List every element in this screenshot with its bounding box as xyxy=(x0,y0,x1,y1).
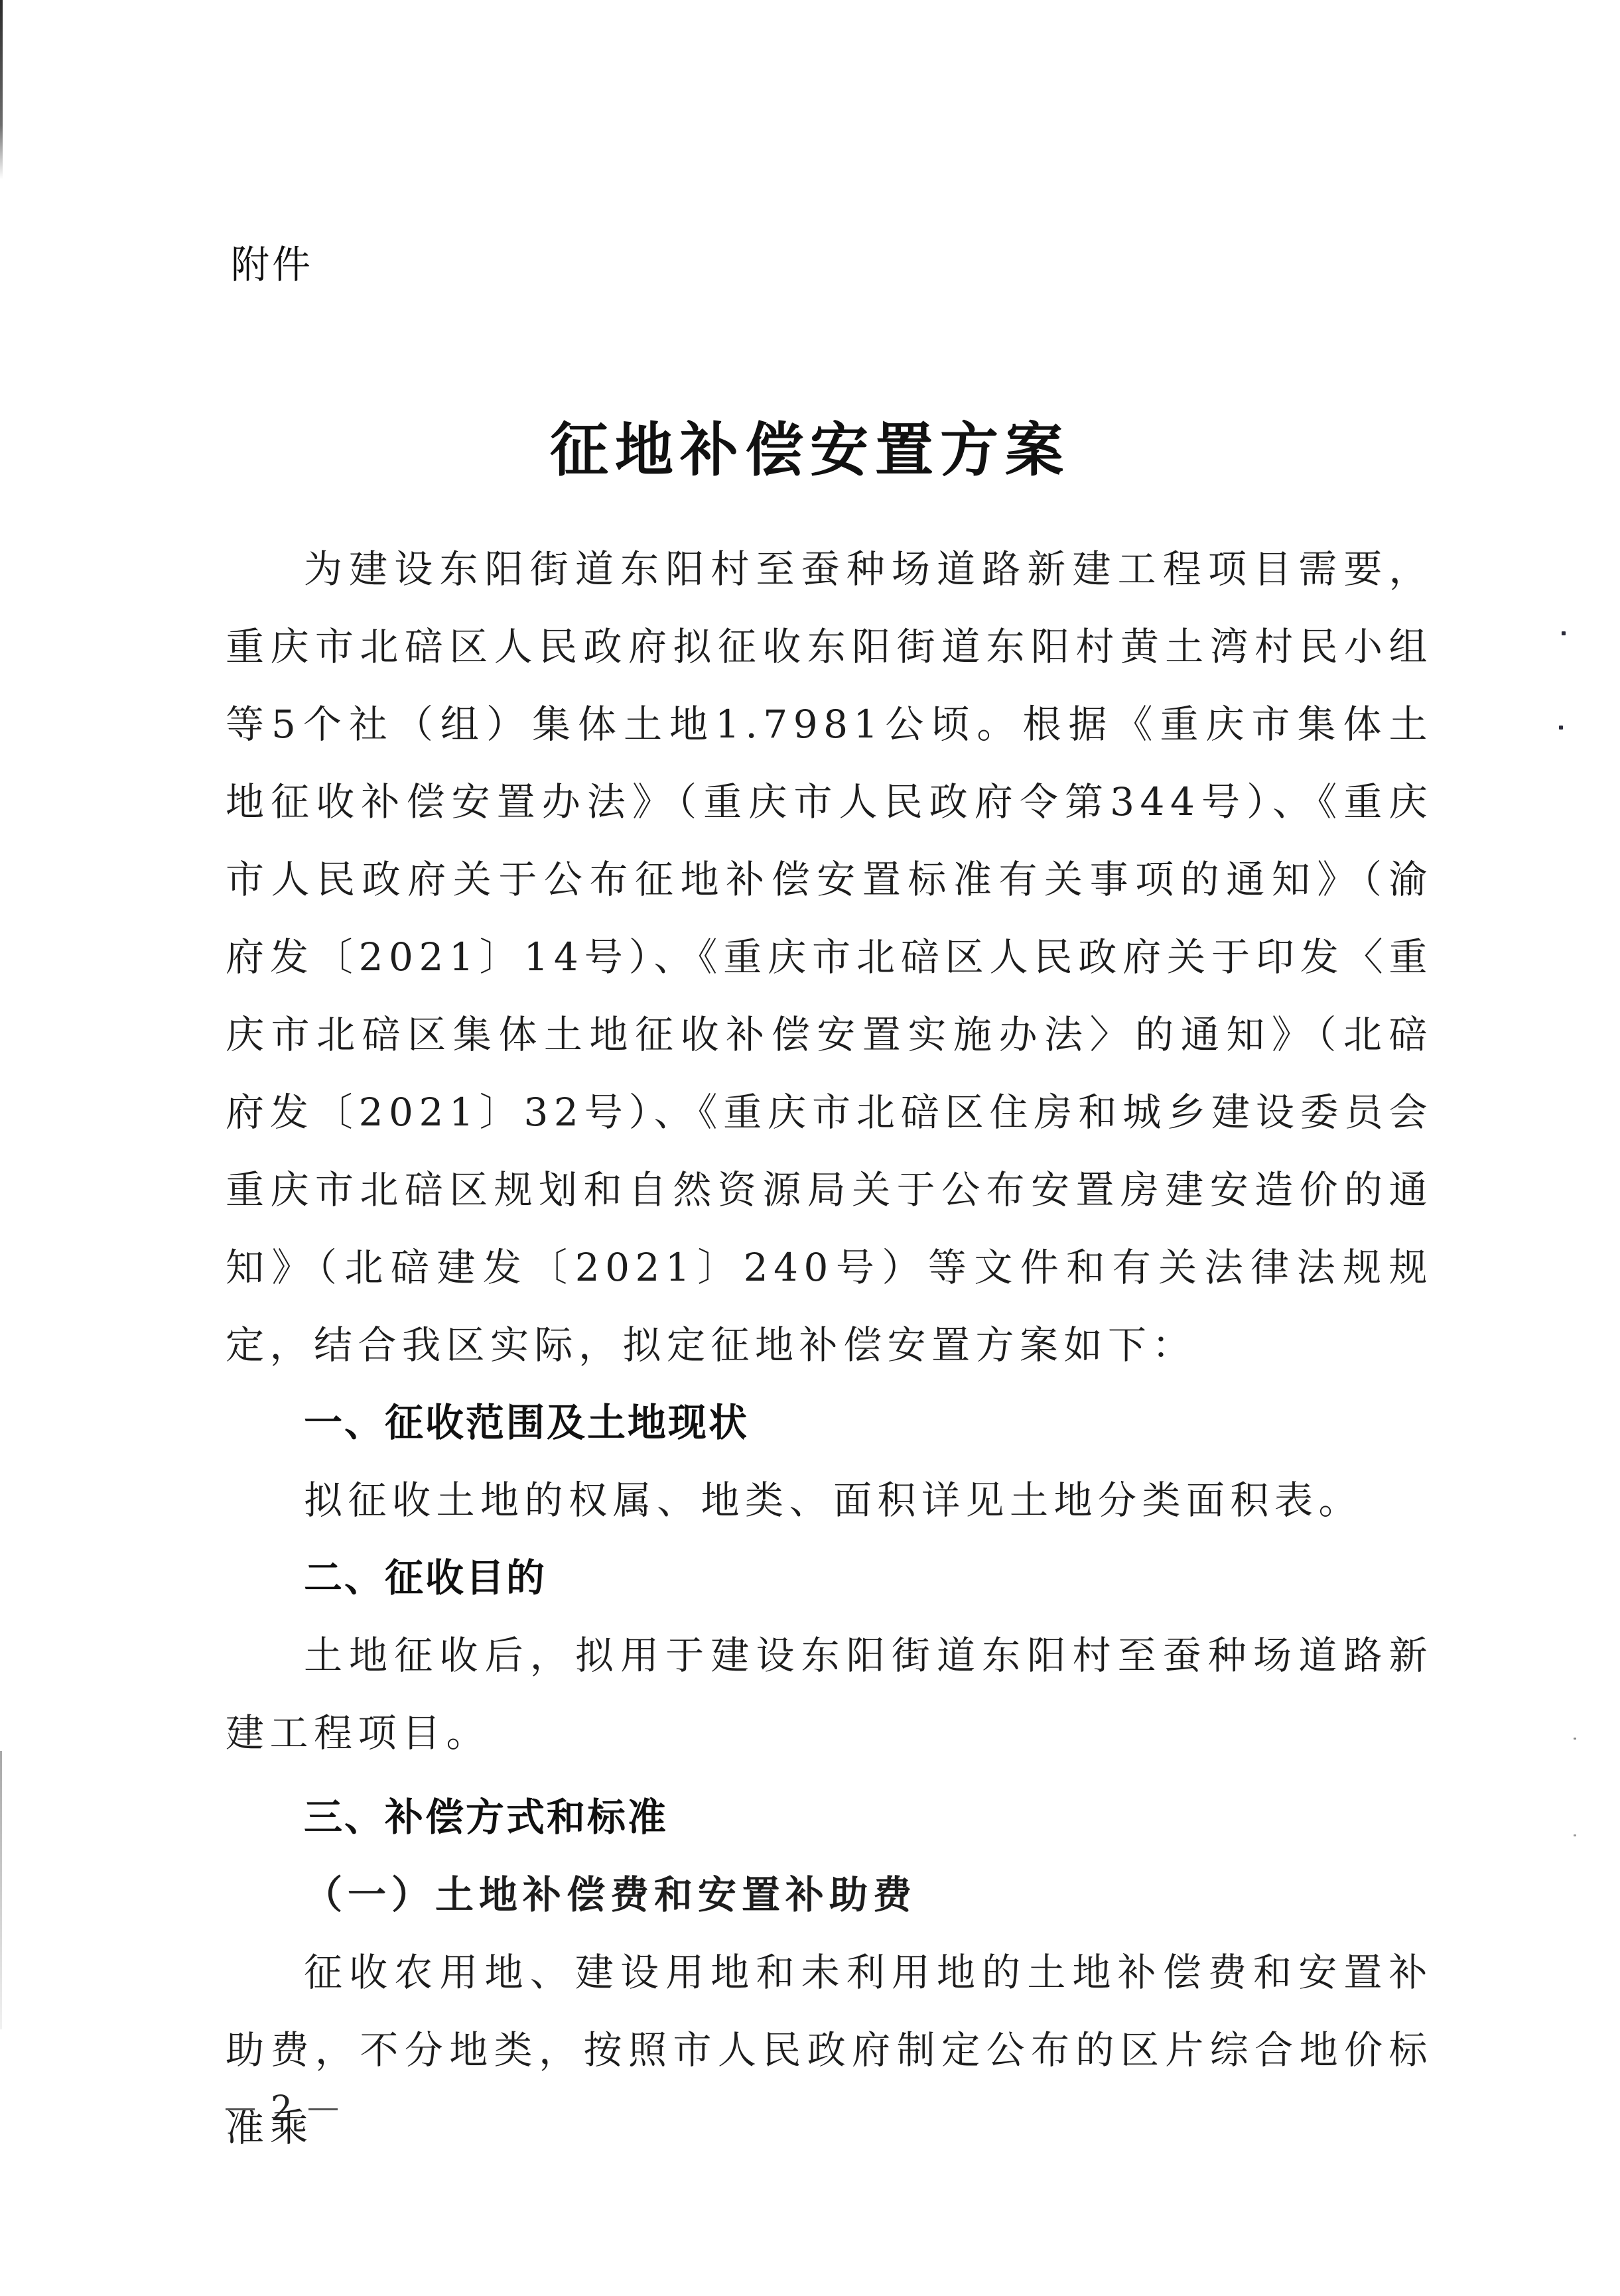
scan-edge-artifact xyxy=(0,1751,2,2029)
scan-speck xyxy=(1562,631,1566,635)
scan-speck xyxy=(1574,1834,1576,1836)
intro-paragraph: 为建设东阳街道东阳村至蚕种场道路新建工程项目需要，重庆市北碚区人民政府拟征收东阳… xyxy=(226,531,1433,1384)
page-number: 2 xyxy=(226,2089,338,2129)
scan-edge-artifact xyxy=(0,0,3,179)
document-body: 为建设东阳街道东阳村至蚕种场道路新建工程项目需要，重庆市北碚区人民政府拟征收东阳… xyxy=(226,531,1433,2167)
section-paragraph-compensation: 征收农用地、建设用地和未利用地的土地补偿费和安置补助费，不分地类，按照市人民政府… xyxy=(226,1934,1433,2167)
section-heading-scope: 一、征收范围及土地现状 xyxy=(226,1384,1433,1462)
section-heading-purpose: 二、征收目的 xyxy=(226,1539,1433,1617)
page-number-dash-right xyxy=(308,2108,338,2110)
page-number-dash-left xyxy=(226,2108,255,2110)
section-heading-compensation: 三、补偿方式和标准 xyxy=(226,1779,1433,1856)
document-title: 征地补偿安置方案 xyxy=(0,404,1620,487)
attachment-label: 附件 xyxy=(231,233,313,289)
section-paragraph-purpose: 土地征收后，拟用于建设东阳街道东阳村至蚕种场道路新建工程项目。 xyxy=(226,1617,1433,1772)
scan-speck xyxy=(1574,1738,1576,1740)
subsection-heading-land-compensation: （一）土地补偿费和安置补助费 xyxy=(226,1856,1433,1934)
section-paragraph-scope: 拟征收土地的权属、地类、面积详见土地分类面积表。 xyxy=(226,1462,1433,1539)
scan-speck xyxy=(1559,726,1563,730)
page-number-value: 2 xyxy=(271,2089,293,2129)
